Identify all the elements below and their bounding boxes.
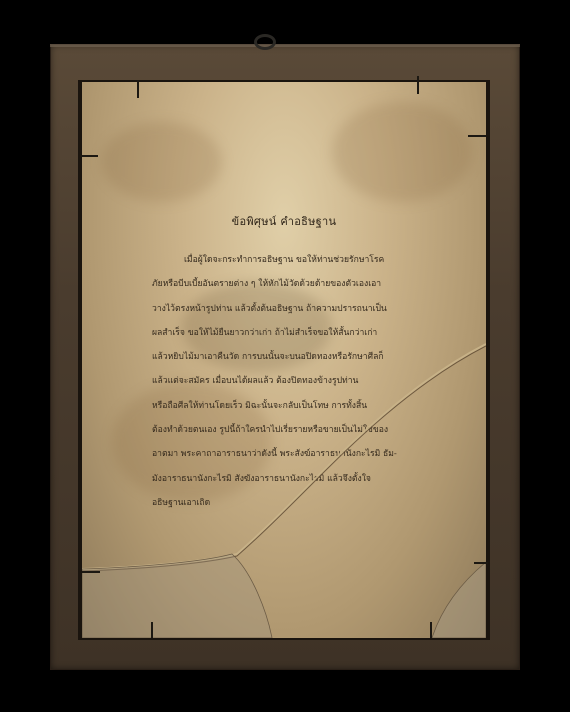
- body-line: อธิษฐานเอาเถิด: [152, 491, 422, 515]
- nail: [82, 571, 100, 573]
- body-line: แล้วแต่จะสมัคร เมื่อบนได้ผลแล้ว ต้องปิดท…: [152, 369, 422, 393]
- body-line: ภัยหรือบีบเบี้ยอันตรายต่าง ๆ ให้หักไม้วั…: [152, 272, 422, 296]
- hanging-ring: [254, 34, 276, 50]
- document-title: ข้อพิศุษน์ คำอธิษฐาน: [82, 212, 486, 230]
- body-line: ต้องทำด้วยตนเอง รูปนี้ถ้าใครนำไปเรี่ยราย…: [152, 418, 422, 442]
- nail: [474, 562, 488, 564]
- body-line: แล้วหยิบไม้มาเอาคืนวัด การบนนั้นจะบนอปิด…: [152, 345, 422, 369]
- body-line: วางไว้ตรงหน้ารูปท่าน แล้วตั้งต้นอธิษฐาน …: [152, 297, 422, 321]
- nail: [80, 155, 98, 157]
- body-line: ผลสำเร็จ ขอให้ไม้ยืนยาวกว่าเก่า ถ้าไม่สำ…: [152, 321, 422, 345]
- document-paper: ข้อพิศุษน์ คำอธิษฐาน เมื่อผู้ใดจะกระทำกา…: [82, 82, 486, 638]
- body-line: หรือถือศีลให้ท่านโดยเร็ว มิฉะนั้นจะกลับเ…: [152, 394, 422, 418]
- nail: [151, 622, 153, 638]
- document-body: เมื่อผู้ใดจะกระทำการอธิษฐาน ขอให้ท่านช่ว…: [152, 248, 422, 515]
- nail: [417, 76, 419, 94]
- nail: [137, 80, 139, 98]
- body-line: อาตมา พระคาถาอาราธนาว่าดังนี้ พระสังฆ์อา…: [152, 442, 422, 466]
- nail: [430, 622, 432, 638]
- body-line: มังอาราธนานังกะไรมิ สังฆังอาราธนานังกะไร…: [152, 467, 422, 491]
- nail: [468, 135, 486, 137]
- body-line: เมื่อผู้ใดจะกระทำการอธิษฐาน ขอให้ท่านช่ว…: [152, 248, 422, 272]
